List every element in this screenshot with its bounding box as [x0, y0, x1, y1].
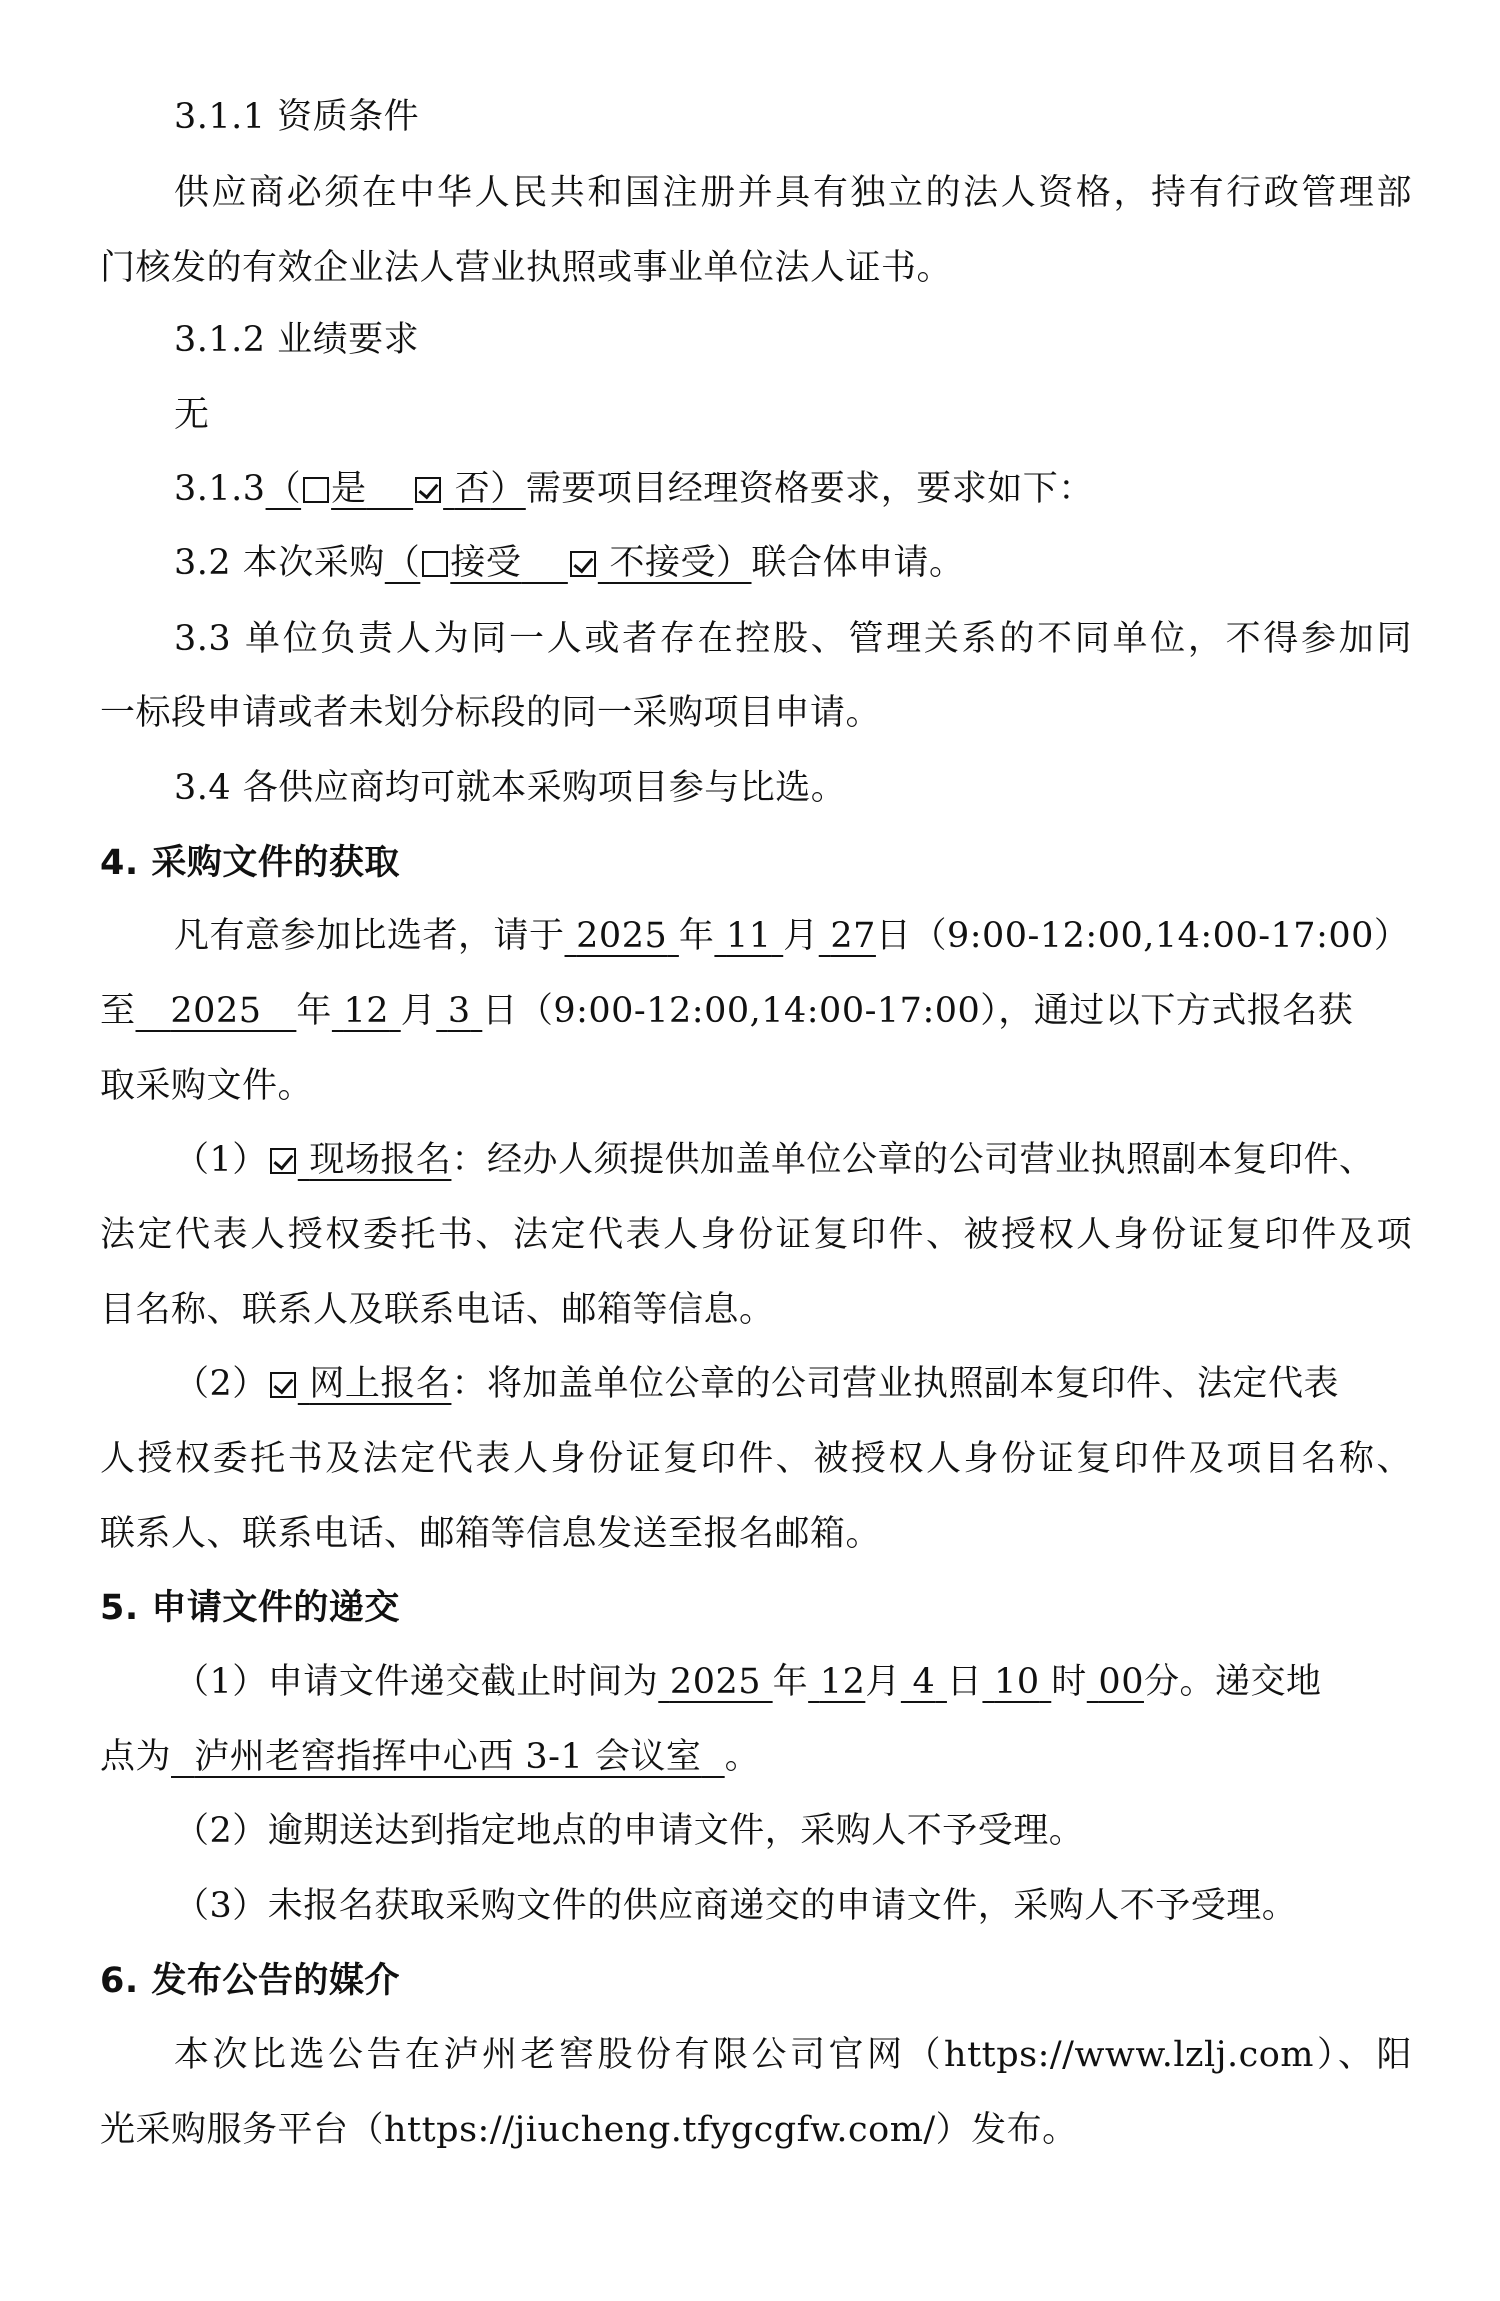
project-manager-option-group: （是 否）: [266, 469, 526, 509]
checkbox-reject-checked-icon[interactable]: [570, 551, 596, 577]
checkbox-no-checked-icon[interactable]: [415, 477, 441, 503]
year-label: 年: [773, 1662, 809, 1702]
place-prefix: 点为: [100, 1737, 171, 1777]
day-label: 日: [482, 991, 518, 1031]
item-number: （1）: [174, 1140, 268, 1180]
checkbox-online-checked-icon[interactable]: [270, 1372, 296, 1398]
hours-text: （9:00-12:00,14:00-17:00）: [911, 916, 1409, 956]
option-no-label: 否: [455, 469, 491, 509]
deadline-hour-field: 10: [982, 1662, 1051, 1702]
intro-prefix: 凡有意参加比选者，请于: [174, 916, 565, 956]
unregistered-submission-rule: （3）未报名获取采购文件的供应商递交的申请文件，采购人不予受理。: [174, 1884, 1412, 1928]
section-3-1-3: 3.1.3（是 否）需要项目经理资格要求，要求如下：: [174, 467, 1412, 511]
onsite-registration-line2: 法定代表人授权委托书、法定代表人身份证复印件、被授权人身份证复印件及项: [100, 1213, 1412, 1257]
option-accept-label: 接受: [450, 543, 521, 583]
checkbox-accept-unchecked-icon[interactable]: [422, 551, 448, 577]
to-label: 至: [100, 991, 136, 1031]
deadline-month-field: 12: [808, 1662, 865, 1702]
section-3-4: 3.4 各供应商均可就本采购项目参与比选。: [174, 766, 1412, 810]
online-registration-text: ：将加盖单位公章的公司营业执照副本复印件、法定代表: [451, 1364, 1339, 1404]
section-6-heading: 6. 发布公告的媒介: [100, 1959, 1412, 2003]
checkbox-yes-unchecked-icon[interactable]: [303, 477, 329, 503]
section-4-intro-line2: 至 2025 年 12 月 3 日（9:00-12:00,14:00-17:00…: [100, 989, 1412, 1033]
year-label: 年: [296, 991, 332, 1031]
end-month-field: 12: [332, 991, 401, 1031]
start-month-field: 11: [714, 916, 783, 956]
onsite-registration-line3: 目名称、联系人及联系电话、邮箱等信息。: [100, 1288, 1412, 1332]
onsite-registration-text: ：经办人须提供加盖单位公章的公司营业执照副本复印件、: [451, 1140, 1374, 1180]
year-label: 年: [679, 916, 715, 956]
month-label: 月: [401, 991, 437, 1031]
month-label: 月: [865, 1662, 901, 1702]
online-registration-line2: 人授权委托书及法定代表人身份证复印件、被授权人身份证复印件及项目名称、: [100, 1437, 1412, 1481]
submission-place-field: 泸州老窖指挥中心西 3-1 会议室: [171, 1737, 725, 1777]
open-paren: （: [266, 469, 302, 509]
deadline-year-field: 2025: [658, 1662, 772, 1702]
online-registration-line1: （2） 网上报名：将加盖单位公章的公司营业执照副本复印件、法定代表: [174, 1362, 1412, 1406]
section-3-2: 3.2 本次采购（接受 不接受）联合体申请。: [174, 541, 1412, 585]
publication-media-line1: 本次比选公告在泸州老窖股份有限公司官网（https://www.lzlj.com…: [174, 2033, 1412, 2077]
section-3-1-2-body: 无: [174, 393, 1412, 437]
section-3-1-3-prefix: 3.1.3: [174, 469, 266, 509]
place-suffix: 。: [725, 1737, 761, 1777]
section-3-1-1-body-line2: 门核发的有效企业法人营业执照或事业单位法人证书。: [100, 246, 1412, 290]
hour-label: 时: [1051, 1662, 1087, 1702]
online-registration-line3: 联系人、联系电话、邮箱等信息发送至报名邮箱。: [100, 1512, 1412, 1556]
day-label: 日: [947, 1662, 983, 1702]
month-label: 月: [783, 916, 819, 956]
document-page: 3.1.1 资质条件 供应商必须在中华人民共和国注册并具有独立的法人资格，持有行…: [0, 0, 1500, 2301]
hours-text-2: （9:00-12:00,14:00-17:00），通过以下方式报名获: [518, 991, 1353, 1031]
option-reject-label: 不接受: [609, 543, 716, 583]
section-4-intro-line1: 凡有意参加比选者，请于 2025 年 11 月 27日（9:00-12:00,1…: [174, 914, 1412, 958]
late-submission-rule: （2）逾期送达到指定地点的申请文件，采购人不予受理。: [174, 1809, 1412, 1853]
item-number: （2）: [174, 1364, 268, 1404]
close-paren: ）: [490, 469, 526, 509]
checkbox-onsite-checked-icon[interactable]: [270, 1148, 296, 1174]
section-3-2-suffix: 联合体申请。: [752, 543, 965, 583]
start-year-field: 2025: [565, 916, 679, 956]
option-yes-label: 是: [331, 469, 367, 509]
section-3-1-3-suffix: 需要项目经理资格要求，要求如下：: [526, 469, 1094, 509]
onsite-registration-option: 现场报名: [268, 1140, 452, 1180]
section-4-heading: 4. 采购文件的获取: [100, 841, 1412, 885]
submission-place-line: 点为 泸州老窖指挥中心西 3-1 会议室 。: [100, 1735, 1412, 1779]
onsite-registration-line1: （1） 现场报名：经办人须提供加盖单位公章的公司营业执照副本复印件、: [174, 1138, 1412, 1182]
day-label: 日: [876, 916, 912, 956]
section-3-3-line1: 3.3 单位负责人为同一人或者存在控股、管理关系的不同单位，不得参加同: [174, 617, 1412, 661]
end-day-field: 3: [436, 991, 482, 1031]
onsite-registration-label: 现场报名: [309, 1140, 451, 1180]
end-year-field: 2025: [136, 991, 297, 1031]
section-3-2-prefix: 3.2 本次采购: [174, 543, 385, 583]
consortium-option-group: （接受 不接受）: [385, 543, 752, 583]
section-3-1-1-body-line1: 供应商必须在中华人民共和国注册并具有独立的法人资格，持有行政管理部: [174, 171, 1412, 215]
section-3-1-2-title: 3.1.2 业绩要求: [174, 318, 1412, 362]
section-3-3-line2: 一标段申请或者未划分标段的同一采购项目申请。: [100, 691, 1412, 735]
section-3-1-1-title: 3.1.1 资质条件: [174, 95, 1412, 139]
section-5-heading: 5. 申请文件的递交: [100, 1586, 1412, 1630]
online-registration-option: 网上报名: [268, 1364, 452, 1404]
section-4-intro-line3: 取采购文件。: [100, 1064, 1412, 1108]
deadline-prefix: （1）申请文件递交截止时间为: [174, 1662, 658, 1702]
open-paren: （: [385, 543, 421, 583]
deadline-day-field: 4: [901, 1662, 947, 1702]
deadline-minute-field: 00: [1087, 1662, 1144, 1702]
online-registration-label: 网上报名: [309, 1364, 451, 1404]
publication-media-line2: 光采购服务平台（https://jiucheng.tfygcgfw.com/）发…: [100, 2108, 1412, 2152]
submission-deadline-line: （1）申请文件递交截止时间为 2025 年 12月 4 日 10 时 00分。递…: [174, 1660, 1412, 1704]
close-paren: ）: [716, 543, 752, 583]
minute-label: 分。递交地: [1144, 1662, 1322, 1702]
start-day-field: 27: [819, 916, 876, 956]
